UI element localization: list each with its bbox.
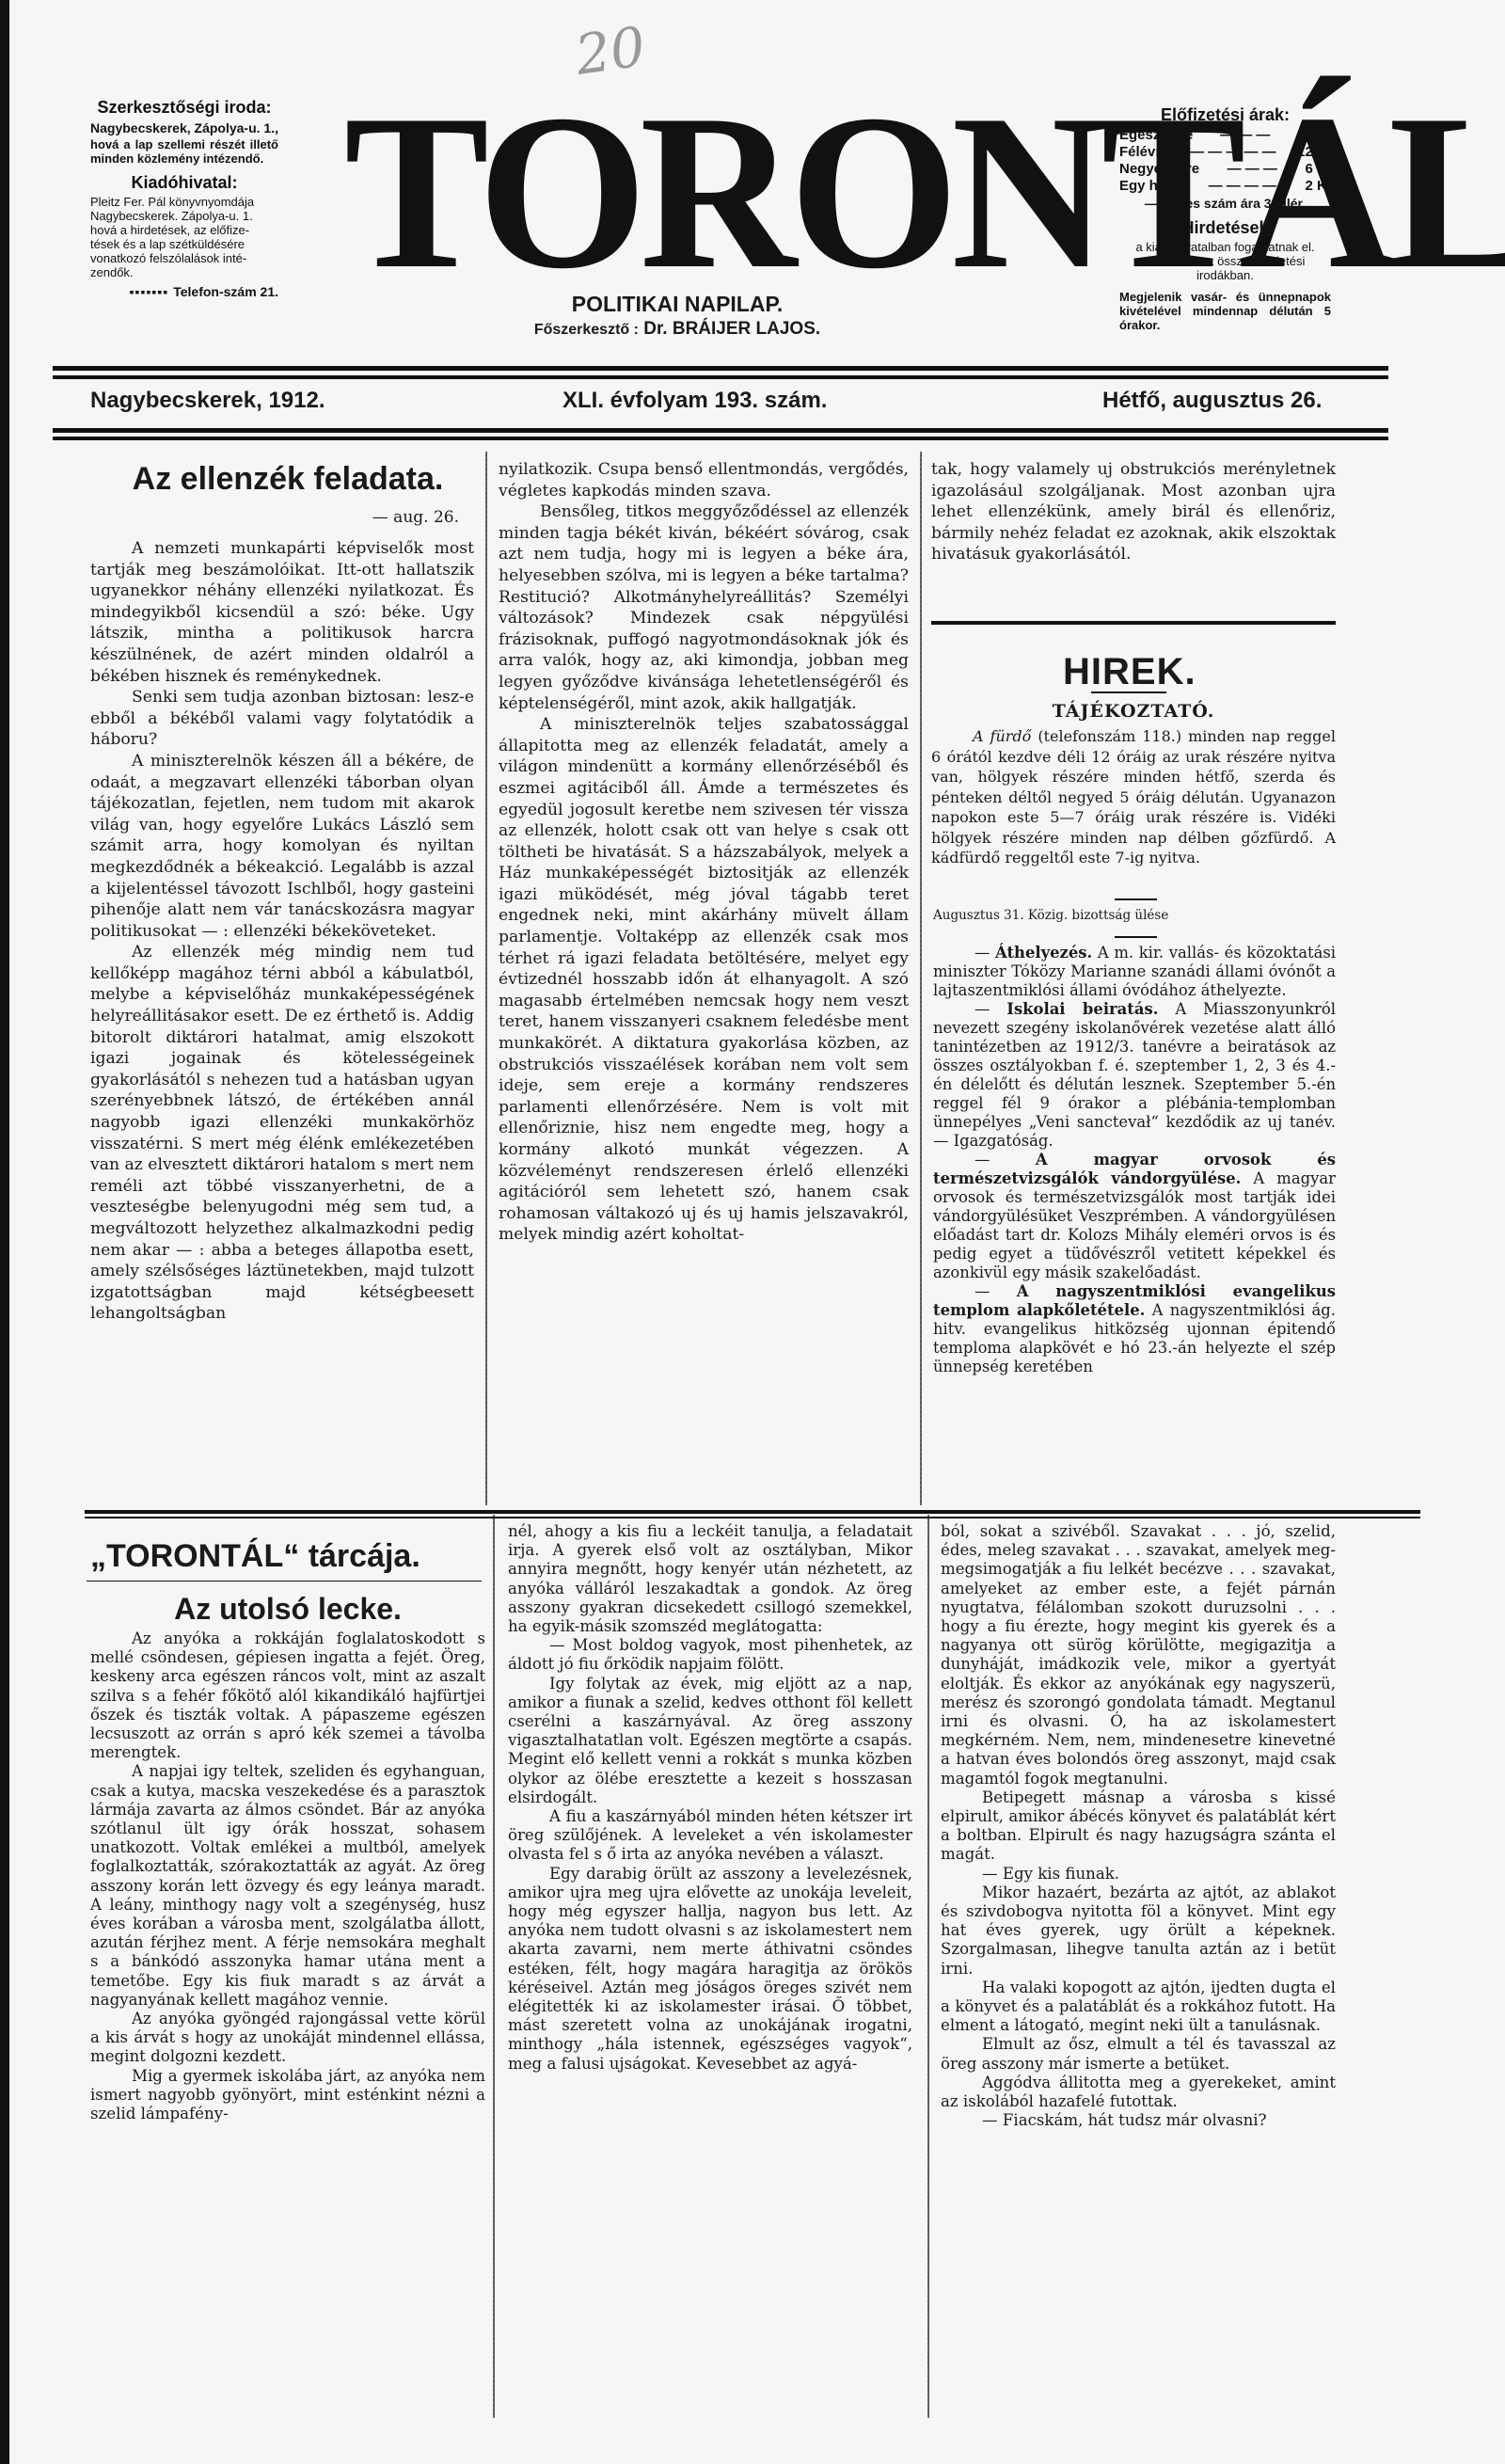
feuilleton-title-rule [87, 1581, 482, 1582]
office-address: Nagybecskerek, Zápolya-u. 1., [90, 119, 278, 137]
paragraph: Az ellenzék még mindig nem tud kellőképp… [90, 942, 474, 1325]
news-item-title: Áthelyezés. [995, 944, 1092, 962]
publisher-line: vonatkozó felszólalások inté- [90, 251, 278, 265]
publisher-line: Pleitz Fer. Pál könyvnyomdája [90, 195, 278, 209]
feuilleton-title: Az utolsó lecke. [90, 1592, 485, 1627]
prices-heading: Előfizetési árak: [1119, 105, 1331, 125]
right-info-box: Előfizetési árak: Egész évre— — —24 K. F… [1119, 102, 1331, 332]
schedule-text: Megjelenik vasár- és ünnepnapok kivételé… [1119, 290, 1331, 332]
paragraph: — Most boldog vagyok, most pihenhetek, a… [508, 1636, 912, 1674]
news-item: — A magyar orvosok és természetvizsgálók… [933, 1151, 1336, 1282]
paragraph: A miniszterelnök teljes szabatossággal á… [499, 714, 909, 1246]
news-item: — Áthelyezés. A m. kir. vallás- és közok… [933, 944, 1336, 1000]
masthead-title: TORONTÁL [344, 94, 1063, 292]
lead-article-col1: A nemzeti munkapárti képviselők most tar… [90, 538, 474, 1325]
paragraph: Betipegett másnap a városba s kissé elpi… [941, 1788, 1336, 1865]
paragraph: Bensőleg, titkos meggyőződéssel az ellen… [499, 501, 909, 714]
feuilleton-section-title: „TORONTÁL“ tárcája. [90, 1538, 420, 1575]
ads-text: a kiadóhivatalban fogadtatnak el. Azonki… [1119, 240, 1331, 282]
publisher-line: tések és a lap szétküldésére [90, 237, 278, 251]
header-rule [53, 428, 1388, 433]
phone-number: ▪▪▪▪▪▪▪ Telefon-szám 21. [90, 283, 278, 301]
paragraph: Aggódva állitotta meg a gyerekeket, amin… [941, 2074, 1336, 2111]
editor-label: Főszerkesztő : [534, 322, 639, 338]
office-note: hová a lap szellemi részét illető minden… [90, 137, 278, 166]
section-rule [931, 621, 1336, 625]
lead-article-dateline: — aug. 26. [348, 508, 459, 527]
feuilleton-rule [85, 1510, 1420, 1514]
header-rule [53, 375, 1388, 379]
ads-heading: Hirdetések [1119, 218, 1331, 238]
masthead-subtitle: POLITIKAI NAPILAP. [442, 292, 912, 317]
paragraph: Elmult az ősz, elmult a tél és tavasszal… [941, 2035, 1336, 2073]
paragraph: Mikor hazaért, bezárta az ajtót, az abla… [941, 1884, 1336, 1979]
info-title: TÁJÉKOZTATÓ. [931, 701, 1336, 722]
feuilleton-col3: ból, sokat a szivéből. Szavakat . . . jó… [941, 1522, 1336, 2131]
publisher-line: zendők. [90, 265, 278, 279]
price-row: Egész évre— — —24 K. [1119, 127, 1331, 144]
paragraph: Igy folytak az évek, mig eljött az a nap… [508, 1675, 912, 1807]
feuilleton-col2: nél, ahogy a kis fiu a leckéit tanulja, … [508, 1522, 912, 2074]
paragraph: Az anyóka gyöngéd rajongással vette körü… [90, 2010, 485, 2067]
paragraph: — Fiacskám, hát tudsz már olvasni? [941, 2111, 1336, 2130]
feuilleton-col1: Az anyóka a rokkáján foglalatoskodott s … [90, 1629, 485, 2123]
paragraph: A napjai igy teltek, szeliden és egyhang… [90, 1762, 485, 2010]
lead-article-col3: tak, hogy valamely uj obstrukciós merény… [931, 459, 1336, 565]
news-item: — Iskolai beiratás. A Miasszonyunkról ne… [933, 1000, 1336, 1151]
publisher-line: hová a hirdetések, az előfize- [90, 223, 278, 237]
decorative-dots: ▪▪▪▪▪▪▪ [130, 284, 174, 299]
feuilleton-rule [85, 1517, 1420, 1518]
column-divider [485, 452, 487, 1505]
paragraph: Mig a gyermek iskolába járt, az anyóka n… [90, 2067, 485, 2124]
price-row: Negyedévre— — —6 K. [1119, 161, 1331, 178]
editor-line: Főszerkesztő : Dr. BRÁIJER LAJOS. [442, 319, 912, 340]
editor-name: Dr. BRÁIJER LAJOS. [643, 319, 820, 339]
lead-article-title: Az ellenzék feladata. [90, 461, 485, 498]
office-heading: Szerkesztőségi iroda: [90, 98, 278, 118]
paragraph: A nemzeti munkapárti képviselők most tar… [90, 538, 474, 687]
bath-info: A fürdő (telefonszám 118.) minden nap re… [931, 726, 1336, 868]
paragraph: nyilatkozik. Csupa benső ellentmondás, v… [499, 459, 909, 501]
short-rule [1115, 898, 1157, 900]
price-row: Egy hóra— — — —2 K. [1119, 178, 1331, 195]
paragraph: A fiu a kaszárnyából minden héten kétsze… [508, 1807, 912, 1865]
paragraph: A miniszterelnök készen áll a békére, de… [90, 751, 474, 942]
dateline-date: Hétfő, augusztus 26. [1102, 388, 1322, 414]
publisher-line: Nagybecskerek. Zápolya-u. 1. [90, 209, 278, 223]
calendar-entry: Augusztus 31. Közig. bizottság ülése [933, 908, 1168, 923]
bath-lead: A fürdő [973, 727, 1031, 745]
paragraph: Senki sem tudja azonban biztosan: lesz-e… [90, 687, 474, 751]
paragraph: — Egy kis fiunak. [941, 1865, 1336, 1884]
header-rule [53, 366, 1388, 371]
news-section-title: HIREK. [1063, 651, 1196, 693]
left-info-box: Szerkesztőségi iroda: Nagybecskerek, Záp… [90, 94, 278, 301]
dateline-place-year: Nagybecskerek, 1912. [90, 388, 325, 414]
paragraph: Az anyóka a rokkáján foglalatoskodott s … [90, 1629, 485, 1762]
column-divider [493, 1515, 495, 2418]
news-title-underline [1091, 692, 1166, 693]
paragraph: Ha valaki kopogott az ajtón, ijedten dug… [941, 1979, 1336, 2036]
paragraph: ból, sokat a szivéből. Szavakat . . . jó… [941, 1522, 1336, 1788]
lead-article-col2: nyilatkozik. Csupa benső ellentmondás, v… [499, 459, 909, 1246]
news-item-title: Iskolai beiratás. [1006, 1000, 1158, 1018]
price-row: Félévre— — — — —12 K. [1119, 144, 1331, 161]
publisher-heading: Kiadóhivatal: [90, 173, 278, 193]
paragraph: Egy darabig örült az asszony a levelezés… [508, 1865, 912, 2074]
dateline-issue: XLI. évfolyam 193. szám. [562, 388, 827, 414]
scan-edge [0, 0, 9, 2464]
paragraph: tak, hogy valamely uj obstrukciós merény… [931, 459, 1336, 565]
short-rule [1115, 936, 1157, 938]
single-issue-price: — Egyes szám ára 3 fillér. [1119, 195, 1331, 213]
column-divider [927, 1515, 929, 2418]
column-divider [920, 452, 922, 1505]
paragraph: A fürdő (telefonszám 118.) minden nap re… [931, 726, 1336, 868]
news-item: — A nagyszentmiklósi evangelikus templom… [933, 1282, 1336, 1376]
paragraph: nél, ahogy a kis fiu a leckéit tanulja, … [508, 1522, 912, 1636]
header-rule [53, 437, 1388, 440]
news-items: — Áthelyezés. A m. kir. vallás- és közok… [933, 944, 1336, 1376]
